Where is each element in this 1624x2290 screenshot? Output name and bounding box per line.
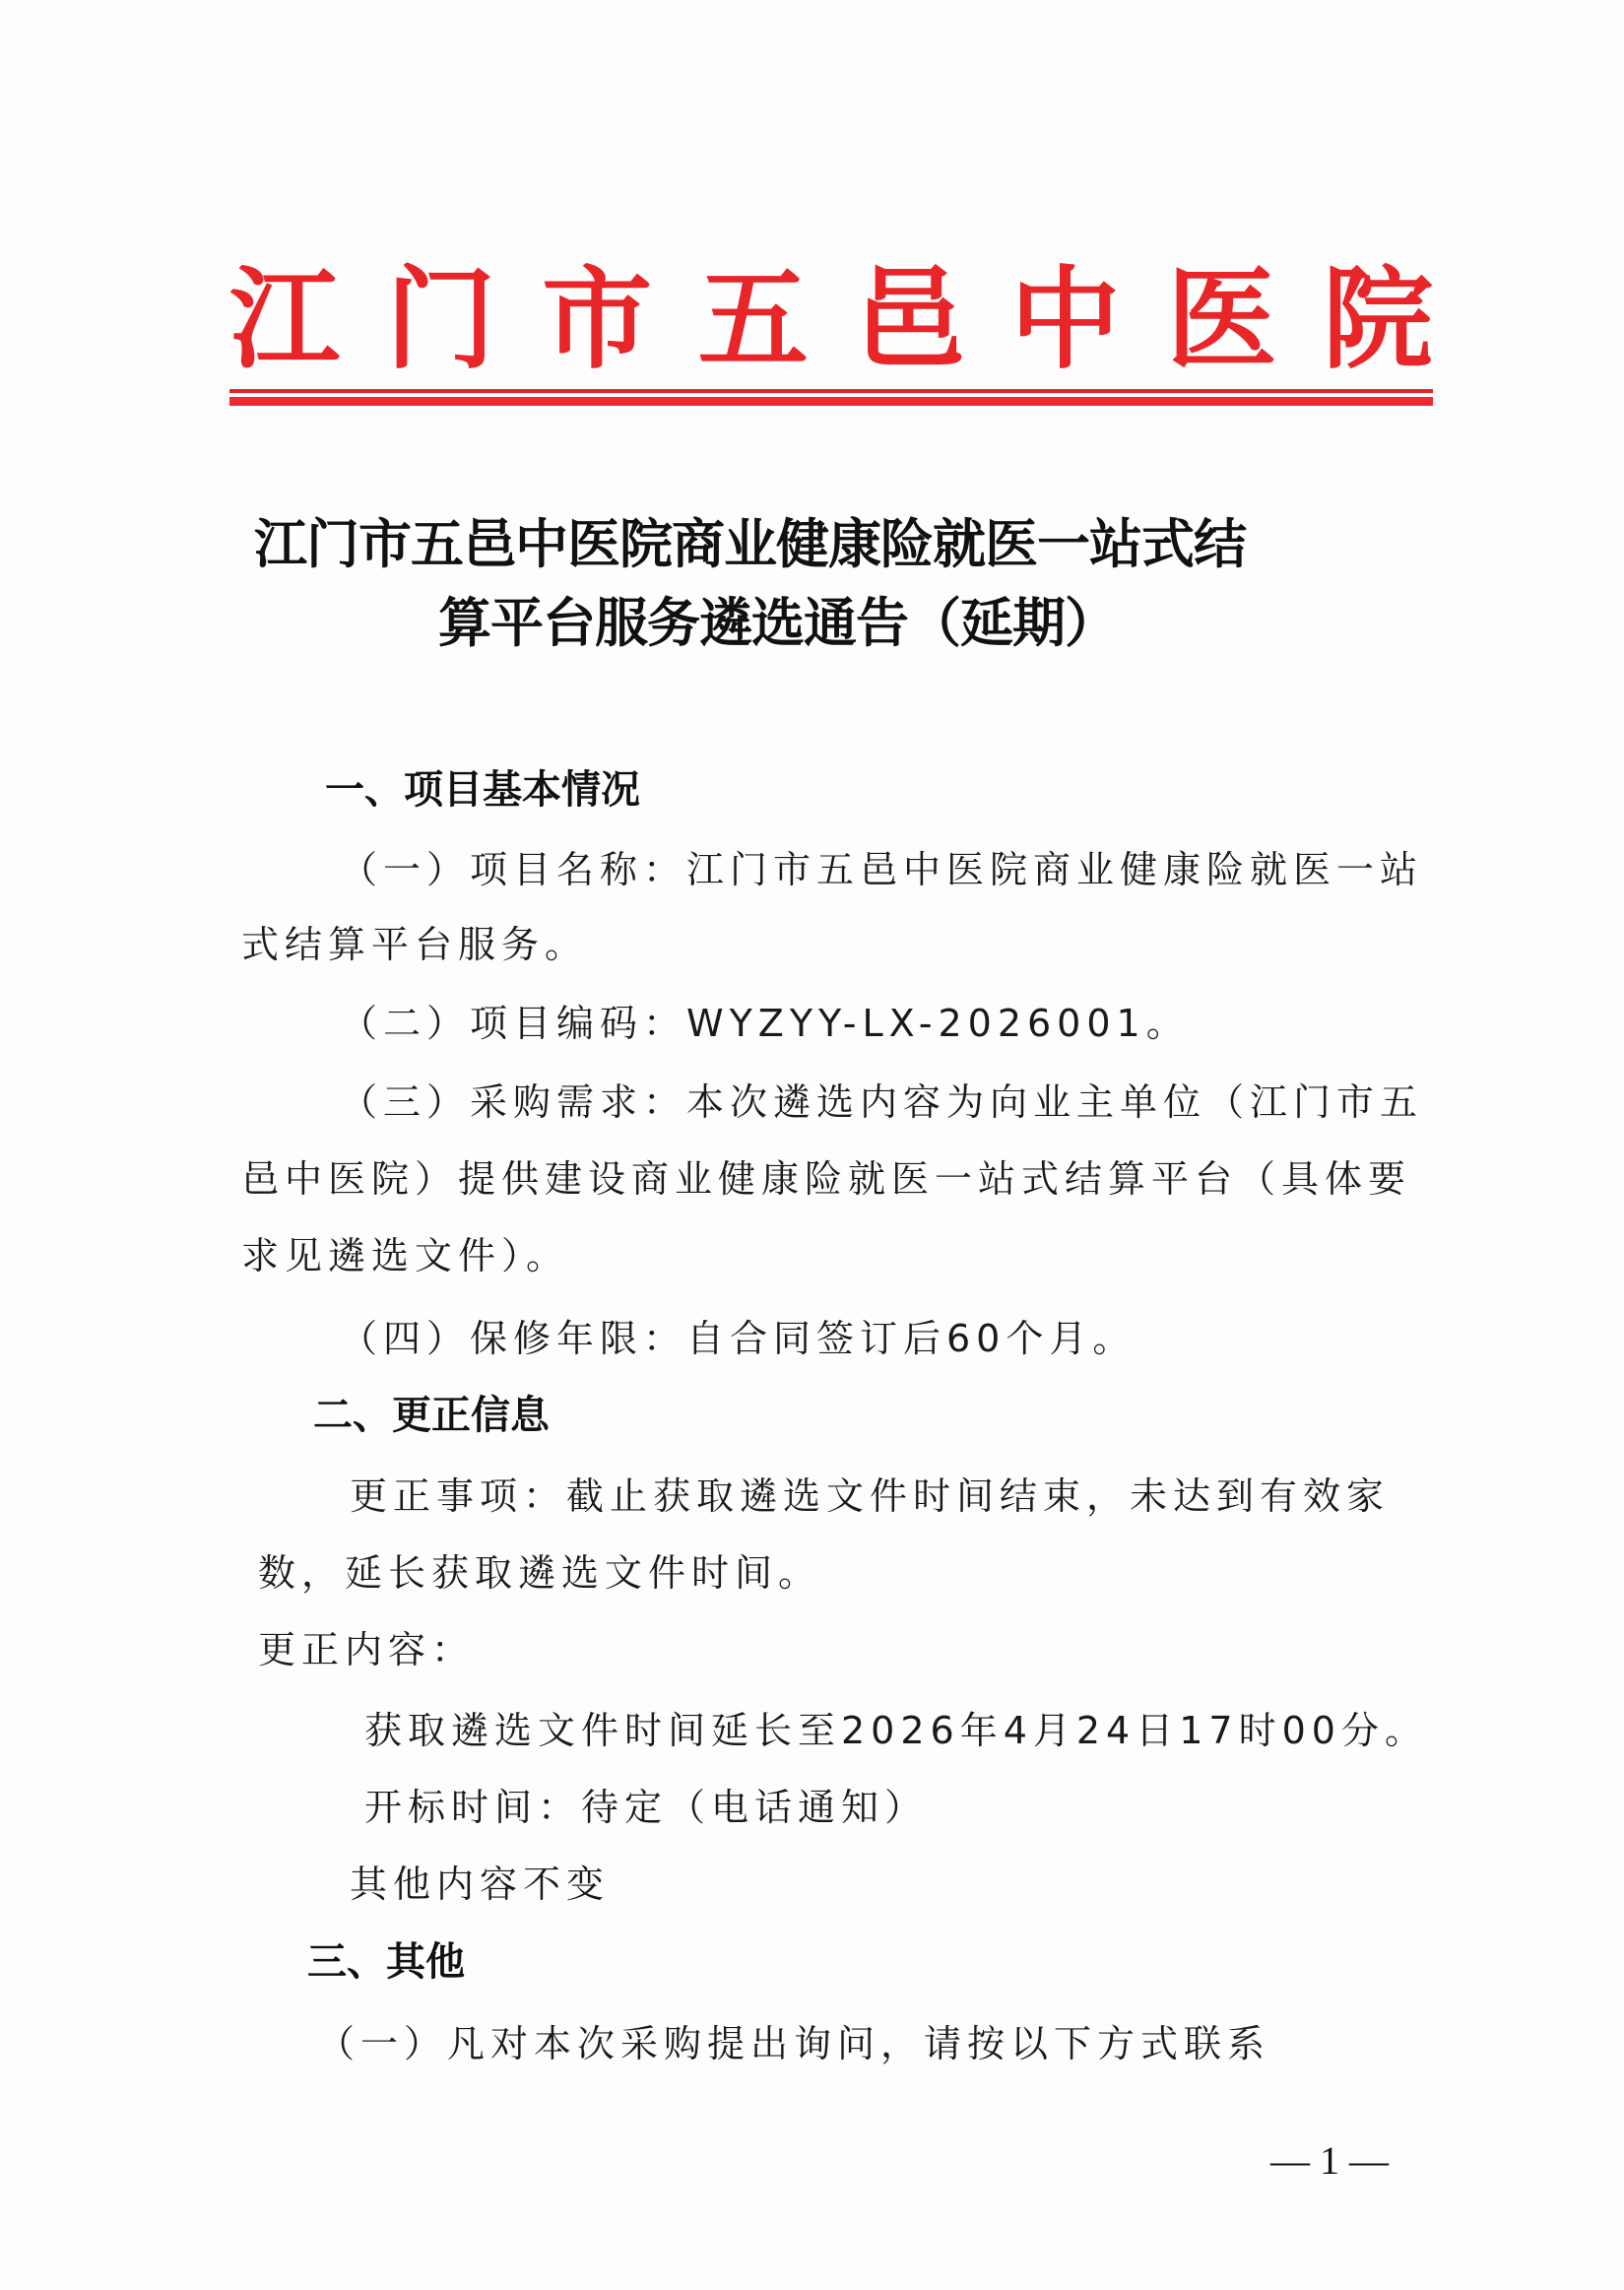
section-heading-1: 一、项目基本情况	[325, 758, 640, 815]
paragraph-item3-line3: 求见遴选文件）。	[241, 1225, 569, 1279]
masthead-char: 门	[386, 231, 496, 390]
paragraph-correction-opening-time: 开标时间：待定（电话通知）	[364, 1777, 928, 1831]
paragraph-correction-matter-line1: 更正事项：截止获取遴选文件时间结束，未达到有效家	[350, 1466, 1390, 1520]
section-heading-2: 二、更正信息	[313, 1384, 550, 1440]
section-heading-3: 三、其他	[307, 1930, 465, 1987]
document-title-line1: 江门市五邑中医院商业健康险就医一站式结	[254, 502, 1246, 578]
masthead-char: 医	[1166, 231, 1276, 390]
paragraph-item4: （四）保修年限：自合同签订后60个月。	[340, 1308, 1136, 1362]
masthead-char: 中	[1010, 231, 1121, 390]
masthead-char: 五	[698, 231, 809, 390]
paragraph-correction-other: 其他内容不变	[350, 1854, 610, 1908]
page-number: — 1 —	[1270, 2137, 1389, 2184]
masthead-char: 邑	[854, 231, 964, 390]
masthead-char: 院	[1323, 231, 1433, 390]
paragraph-item1-line2: 式结算平台服务。	[241, 914, 588, 968]
paragraph-item2: （二）项目编码：WYZYY-LX-2026001。	[340, 993, 1190, 1047]
paragraph-item3-line2: 邑中医院）提供建设商业健康险就医一站式结算平台（具体要	[241, 1148, 1411, 1203]
masthead-char: 江	[229, 231, 340, 390]
masthead-divider-thick	[229, 397, 1433, 406]
paragraph-item1-line1: （一）项目名称：江门市五邑中医院商业健康险就医一站	[340, 839, 1423, 893]
masthead-divider-thin	[229, 389, 1433, 393]
masthead-hospital-name: 江 门 市 五 邑 中 医 院	[229, 246, 1433, 374]
masthead-char: 市	[542, 231, 652, 390]
document-title-line2: 算平台服务遴选通告（延期）	[438, 581, 1117, 657]
paragraph-item3-line1: （三）采购需求：本次遴选内容为向业主单位（江门市五	[340, 1072, 1423, 1126]
paragraph-correction-deadline: 获取遴选文件时间延长至2026年4月24日17时00分。	[364, 1700, 1428, 1754]
paragraph-other-item1: （一）凡对本次采购提出询问，请按以下方式联系	[317, 2013, 1270, 2067]
paragraph-correction-content-label: 更正内容：	[258, 1619, 475, 1673]
paragraph-correction-matter-line2: 数，延长获取遴选文件时间。	[258, 1542, 821, 1597]
